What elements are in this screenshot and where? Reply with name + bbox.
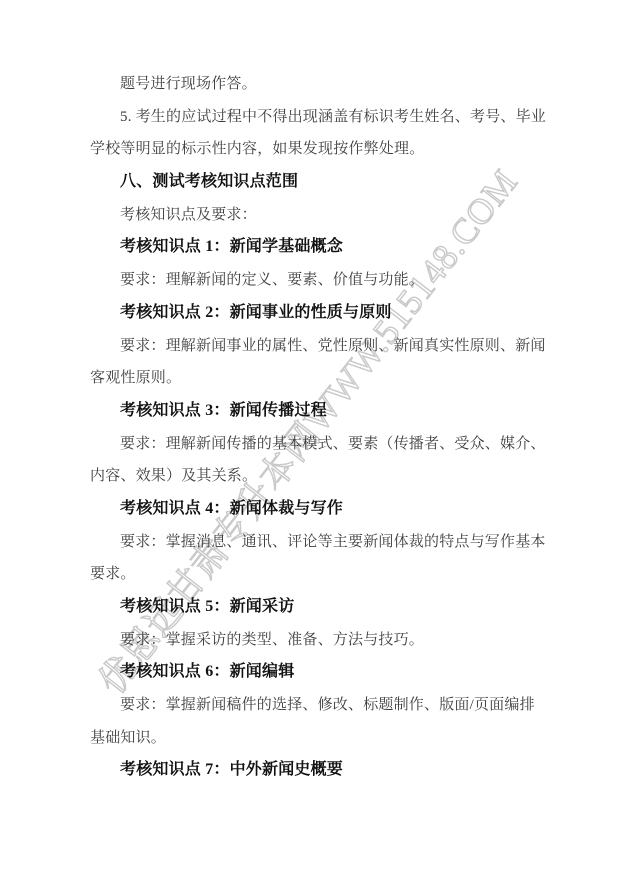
requirement-line: 要求：理解新闻的定义、要素、价值与功能。 <box>90 264 530 297</box>
knowledge-point-heading: 考核知识点 4：新闻体裁与写作 <box>90 493 530 526</box>
requirement-line: 要求：掌握采访的类型、准备、方法与技巧。 <box>90 624 530 657</box>
paragraph-line: 考核知识点及要求： <box>90 199 530 232</box>
requirement-line: 客观性原则。 <box>90 362 530 395</box>
knowledge-point-heading: 考核知识点 6：新闻编辑 <box>90 656 530 689</box>
requirement-line: 内容、效果）及其关系。 <box>90 460 530 493</box>
knowledge-point-heading: 考核知识点 1：新闻学基础概念 <box>90 231 530 264</box>
requirement-line: 要求：理解新闻传播的基本模式、要素（传播者、受众、媒介、 <box>90 428 530 461</box>
requirement-line: 要求。 <box>90 558 530 591</box>
paragraph-line: 学校等明显的标示性内容，如果发现按作弊处理。 <box>90 133 530 166</box>
document-page: 优思远甘肃专升本网WWW.515148.COM 题号进行现场作答。 5. 考生的… <box>0 0 620 876</box>
knowledge-point-heading: 考核知识点 3：新闻传播过程 <box>90 395 530 428</box>
knowledge-point-heading: 考核知识点 5：新闻采访 <box>90 591 530 624</box>
paragraph-line: 5. 考生的应试过程中不得出现涵盖有标识考生姓名、考号、毕业 <box>90 101 530 134</box>
requirement-line: 要求：理解新闻事业的属性、党性原则、新闻真实性原则、新闻 <box>90 330 530 363</box>
knowledge-point-heading: 考核知识点 2：新闻事业的性质与原则 <box>90 297 530 330</box>
requirement-line: 要求：掌握新闻稿件的选择、修改、标题制作、版面/页面编排 <box>90 689 530 722</box>
paragraph-line: 题号进行现场作答。 <box>90 68 530 101</box>
knowledge-point-heading: 考核知识点 7：中外新闻史概要 <box>90 754 530 787</box>
document-body: 题号进行现场作答。 5. 考生的应试过程中不得出现涵盖有标识考生姓名、考号、毕业… <box>90 68 530 787</box>
requirement-line: 要求：掌握消息、通讯、评论等主要新闻体裁的特点与写作基本 <box>90 526 530 559</box>
section-heading: 八、测试考核知识点范围 <box>90 166 530 199</box>
requirement-line: 基础知识。 <box>90 722 530 755</box>
